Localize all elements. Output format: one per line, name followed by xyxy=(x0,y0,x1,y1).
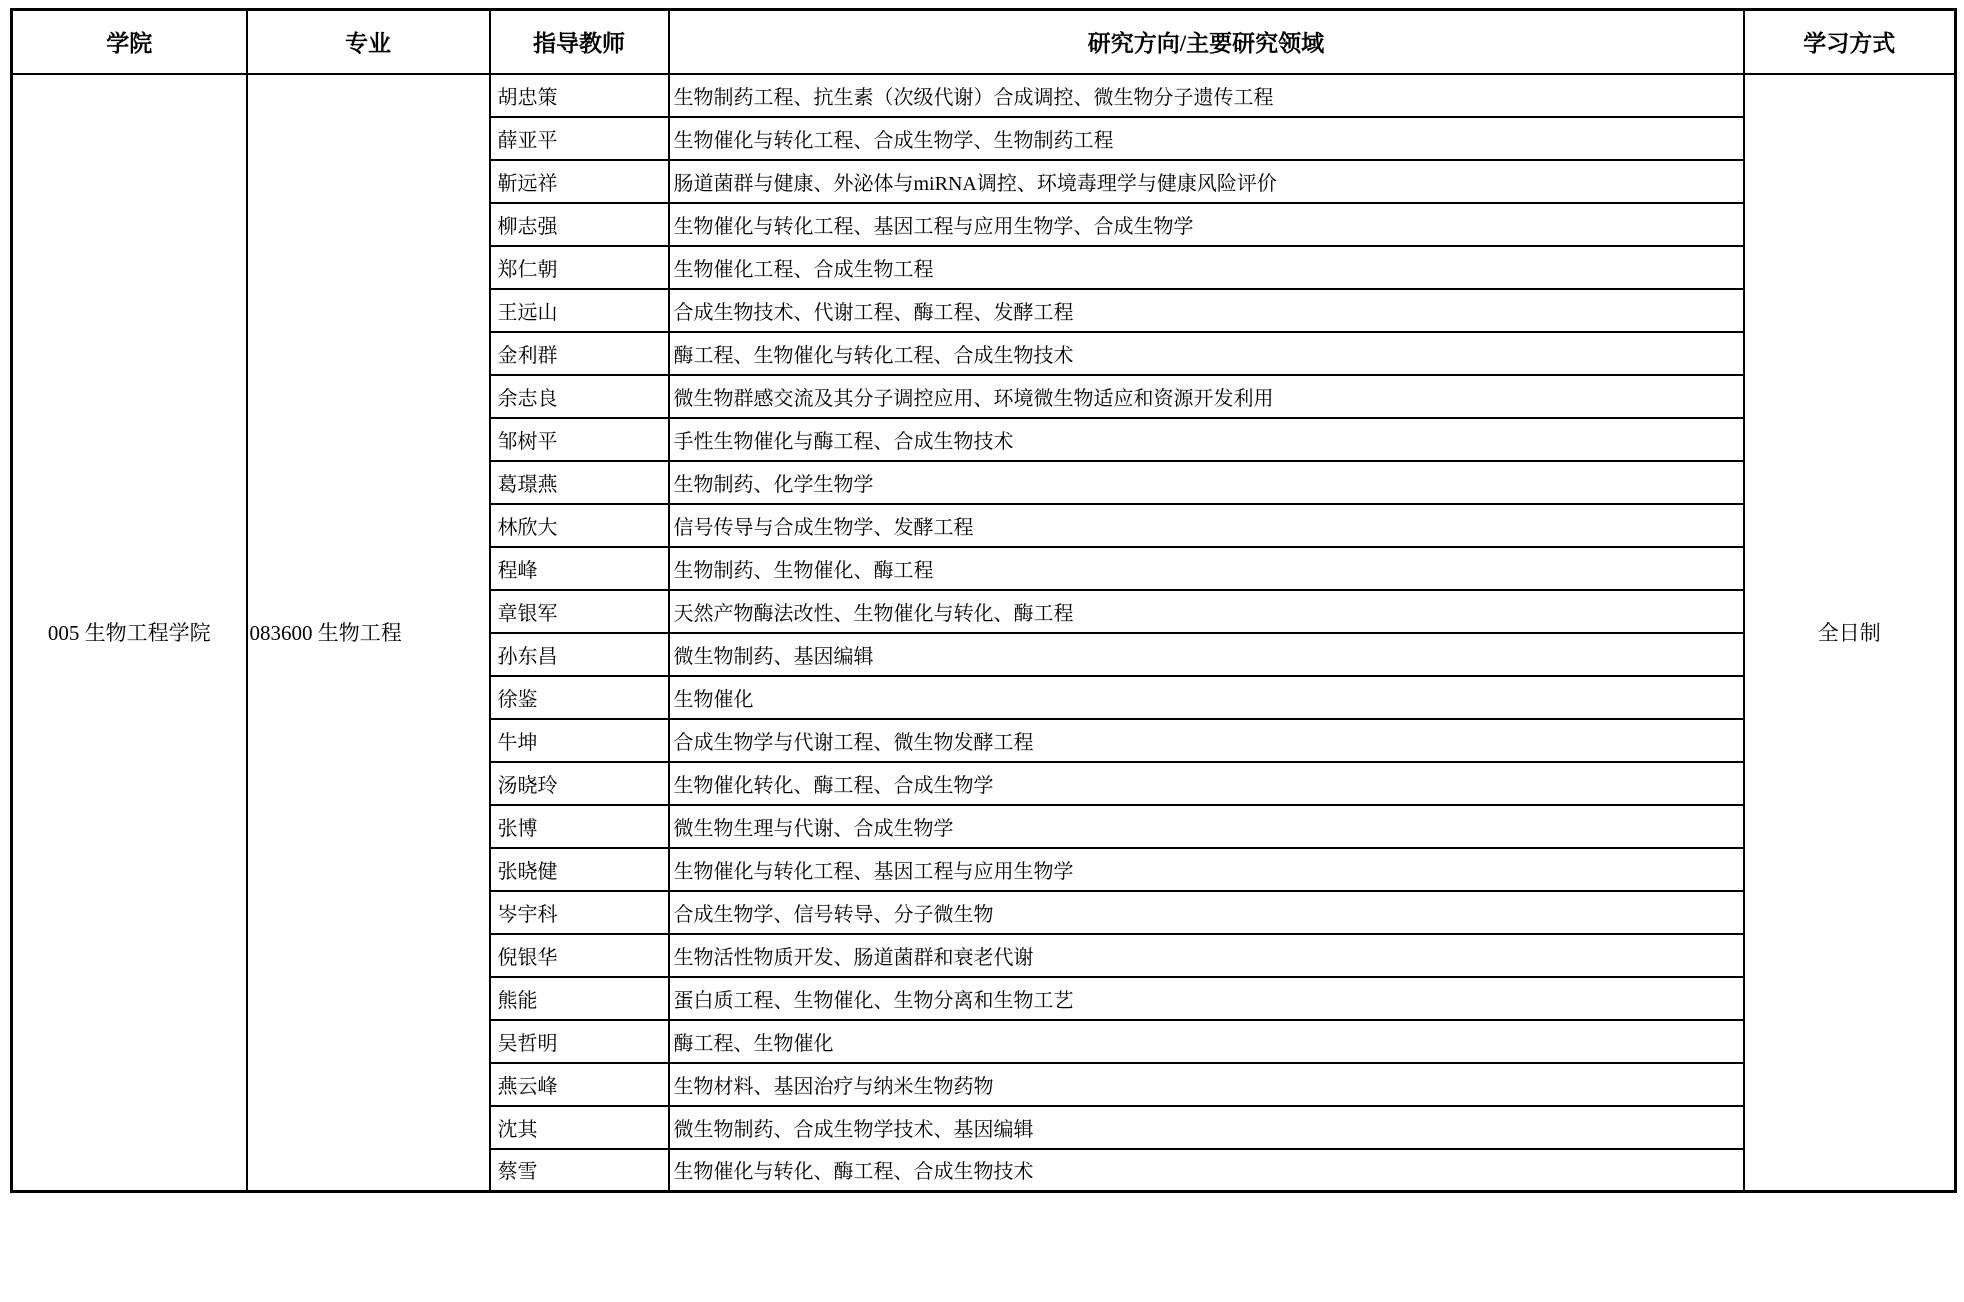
fields-cell: 手性生物催化与酶工程、合成生物技术 xyxy=(669,418,1744,461)
fields-cell: 生物催化工程、合成生物工程 xyxy=(669,246,1744,289)
teacher-cell: 吴哲明 xyxy=(490,1020,669,1063)
fields-cell: 肠道菌群与健康、外泌体与miRNA调控、环境毒理学与健康风险评价 xyxy=(669,160,1744,203)
teacher-cell: 王远山 xyxy=(490,289,669,332)
col-header-fields: 研究方向/主要研究领域 xyxy=(669,10,1744,74)
fields-cell: 微生物制药、合成生物学技术、基因编辑 xyxy=(669,1106,1744,1149)
fields-cell: 酶工程、生物催化 xyxy=(669,1020,1744,1063)
fields-cell: 生物催化 xyxy=(669,676,1744,719)
fields-cell: 生物催化与转化、酶工程、合成生物技术 xyxy=(669,1149,1744,1192)
fields-cell: 生物活性物质开发、肠道菌群和衰老代谢 xyxy=(669,934,1744,977)
teacher-cell: 倪银华 xyxy=(490,934,669,977)
teacher-cell: 蔡雪 xyxy=(490,1149,669,1192)
teacher-cell: 徐鉴 xyxy=(490,676,669,719)
fields-cell: 酶工程、生物催化与转化工程、合成生物技术 xyxy=(669,332,1744,375)
col-header-major: 专业 xyxy=(247,10,490,74)
teacher-cell: 邹树平 xyxy=(490,418,669,461)
teacher-cell: 牛坤 xyxy=(490,719,669,762)
fields-cell: 生物催化转化、酶工程、合成生物学 xyxy=(669,762,1744,805)
teacher-cell: 靳远祥 xyxy=(490,160,669,203)
teacher-cell: 熊能 xyxy=(490,977,669,1020)
advisor-table: 学院 专业 指导教师 研究方向/主要研究领域 学习方式 005 生物工程学院 0… xyxy=(10,8,1957,1193)
fields-cell: 生物催化与转化工程、合成生物学、生物制药工程 xyxy=(669,117,1744,160)
teacher-cell: 葛璟燕 xyxy=(490,461,669,504)
teacher-cell: 章银军 xyxy=(490,590,669,633)
fields-cell: 合成生物学、信号转导、分子微生物 xyxy=(669,891,1744,934)
fields-cell: 生物制药、生物催化、酶工程 xyxy=(669,547,1744,590)
teacher-cell: 金利群 xyxy=(490,332,669,375)
teacher-cell: 张博 xyxy=(490,805,669,848)
col-header-study-mode: 学习方式 xyxy=(1744,10,1956,74)
teacher-cell: 岑宇科 xyxy=(490,891,669,934)
fields-cell: 生物制药、化学生物学 xyxy=(669,461,1744,504)
fields-cell: 天然产物酶法改性、生物催化与转化、酶工程 xyxy=(669,590,1744,633)
teacher-cell: 汤晓玲 xyxy=(490,762,669,805)
fields-cell: 微生物制药、基因编辑 xyxy=(669,633,1744,676)
fields-cell: 蛋白质工程、生物催化、生物分离和生物工艺 xyxy=(669,977,1744,1020)
teacher-cell: 郑仁朝 xyxy=(490,246,669,289)
fields-cell: 生物材料、基因治疗与纳米生物药物 xyxy=(669,1063,1744,1106)
study-mode-cell: 全日制 xyxy=(1744,74,1956,1192)
teacher-cell: 沈其 xyxy=(490,1106,669,1149)
fields-cell: 生物催化与转化工程、基因工程与应用生物学 xyxy=(669,848,1744,891)
fields-cell: 微生物群感交流及其分子调控应用、环境微生物适应和资源开发利用 xyxy=(669,375,1744,418)
fields-cell: 合成生物学与代谢工程、微生物发酵工程 xyxy=(669,719,1744,762)
teacher-cell: 程峰 xyxy=(490,547,669,590)
teacher-cell: 薛亚平 xyxy=(490,117,669,160)
fields-cell: 信号传导与合成生物学、发酵工程 xyxy=(669,504,1744,547)
teacher-cell: 胡忠策 xyxy=(490,74,669,117)
teacher-cell: 张晓健 xyxy=(490,848,669,891)
document-page: 学院 专业 指导教师 研究方向/主要研究领域 学习方式 005 生物工程学院 0… xyxy=(0,0,1964,1302)
major-cell: 083600 生物工程 xyxy=(247,74,490,1192)
fields-cell: 生物催化与转化工程、基因工程与应用生物学、合成生物学 xyxy=(669,203,1744,246)
col-header-college: 学院 xyxy=(12,10,247,74)
col-header-teacher: 指导教师 xyxy=(490,10,669,74)
fields-cell: 微生物生理与代谢、合成生物学 xyxy=(669,805,1744,848)
teacher-cell: 燕云峰 xyxy=(490,1063,669,1106)
teacher-cell: 孙东昌 xyxy=(490,633,669,676)
college-cell: 005 生物工程学院 xyxy=(12,74,247,1192)
teacher-cell: 余志良 xyxy=(490,375,669,418)
fields-cell: 合成生物技术、代谢工程、酶工程、发酵工程 xyxy=(669,289,1744,332)
header-row: 学院 专业 指导教师 研究方向/主要研究领域 学习方式 xyxy=(12,10,1956,74)
teacher-cell: 柳志强 xyxy=(490,203,669,246)
table-row: 005 生物工程学院 083600 生物工程 胡忠策 生物制药工程、抗生素（次级… xyxy=(12,74,1956,117)
teacher-cell: 林欣大 xyxy=(490,504,669,547)
fields-cell: 生物制药工程、抗生素（次级代谢）合成调控、微生物分子遗传工程 xyxy=(669,74,1744,117)
